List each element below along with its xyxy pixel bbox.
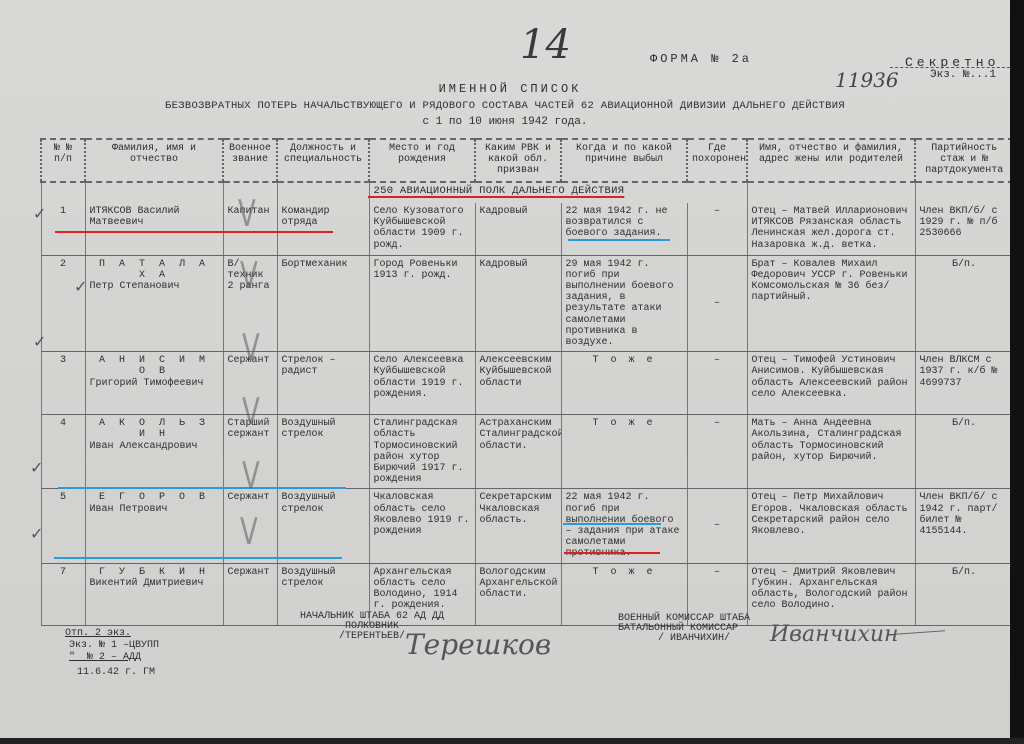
scan-border-right — [1010, 0, 1024, 744]
document-period: с 1 по 10 июня 1942 года. — [0, 116, 1010, 128]
row-conscripted: Кадровый — [475, 255, 561, 352]
col-rank: Военное звание — [223, 139, 277, 182]
copy-label-text: Экз. №... — [930, 69, 989, 81]
row-num: 3 — [41, 352, 85, 415]
row1-red-underline — [55, 231, 333, 233]
row-conscripted: Вологодским Архангельской области. — [475, 563, 561, 625]
row-surname: ИТЯКСОВ — [90, 206, 132, 217]
row-party: Член ВЛКСМ с 1937 г. к/б № 4699737 — [915, 352, 1013, 415]
row-buried: – — [687, 255, 747, 352]
row5-blue-underline — [58, 487, 346, 489]
col-num: № № п/п — [41, 139, 85, 182]
check-mark-icon: ✓ — [30, 458, 43, 477]
col-conscripted: Каким РВК и какой обл. призван — [475, 139, 561, 182]
v-mark-icon: V — [242, 456, 260, 498]
row7-reason-red-underline — [564, 552, 660, 554]
row-rank: Сержант — [223, 563, 277, 625]
copy2-destination: " № 2 – АДД — [65, 652, 159, 664]
typed-date: 11.6.42 г. ГМ — [65, 667, 159, 679]
table-row: 3 А Н И С И М О ВГригорий Тимофеевич Сер… — [41, 352, 1013, 415]
row-conscripted: Кадровый — [475, 203, 561, 255]
row1-reason-blue-underline — [568, 239, 670, 241]
row-reason: Т о ж е — [561, 415, 687, 489]
page-number: 14 — [520, 22, 571, 68]
row-buried: – — [687, 489, 747, 563]
v-mark-icon: V — [240, 256, 258, 298]
copy1-destination: Экз. № 1 –ЦВУПП — [65, 640, 159, 652]
row-relatives: Отец – Матвей Илларионович ИТЯКСОВ Рязан… — [747, 203, 915, 255]
row-fullname: А К О Л Ь З И НИван Александрович — [85, 415, 223, 489]
row-fullname: П А Т А Л А Х АПетр Степанович — [85, 255, 223, 352]
row-surname: А Н И С И М О В — [90, 355, 219, 377]
row-position: Воздушный стрелок — [277, 415, 369, 489]
v-mark-icon: V — [240, 512, 258, 554]
form-label: ФОРМА № 2а — [650, 52, 752, 66]
row-name: Иван Петрович — [90, 504, 168, 515]
row-surname: П А Т А Л А Х А — [90, 259, 219, 281]
table-row: 2 П А Т А Л А Х АПетр Степанович В/техни… — [41, 255, 1013, 352]
row-name: Григорий Тимофеевич — [90, 378, 204, 389]
row-conscripted: Астраханским Сталинградской области. — [475, 415, 561, 489]
row-position: Воздушный стрелок — [277, 489, 369, 563]
row-birth: Чкаловская область село Яковлево 1919 г.… — [369, 489, 475, 563]
row-party: Член ВКП/б/ с 1929 г. № п/б 2530666 — [915, 203, 1013, 255]
copy-label: Экз. №...1 — [930, 69, 996, 81]
commissar-handwritten-signature: Иванчихин — [770, 622, 899, 647]
document-subtitle: БЕЗВОЗВРАТНЫХ ПОТЕРЬ НАЧАЛЬСТВУЮЩЕГО И Р… — [0, 100, 1010, 112]
row5-reason-blue-underline — [563, 523, 661, 525]
row-party: Б/п. — [915, 563, 1013, 625]
scan-border-bottom — [0, 738, 1024, 744]
row-name: Иван Александрович — [90, 441, 198, 452]
check-mark-icon: ✓ — [30, 524, 43, 543]
row-party: Б/п. — [915, 255, 1013, 352]
row-birth: Село Кузоватого Куйбышевской области 190… — [369, 203, 475, 255]
row-birth: Сталинградская область Тормосиновский ра… — [369, 415, 475, 489]
row-fullname: А Н И С И М О ВГригорий Тимофеевич — [85, 352, 223, 415]
row-reason: 29 мая 1942 г. погиб при выполнении боев… — [561, 255, 687, 352]
row-fullname: Е Г О Р О ВИван Петрович — [85, 489, 223, 563]
row-birth: Город Ровеньки 1913 г. рожд. — [369, 255, 475, 352]
check-mark-icon: ✓ — [33, 332, 46, 351]
row-position: Бортмеханик — [277, 255, 369, 352]
col-name: Фамилия, имя и отчество — [85, 139, 223, 182]
row-conscripted: Секретарским Чкаловская область. — [475, 489, 561, 563]
row-num: 7 — [41, 563, 85, 625]
row-num: 5 — [41, 489, 85, 563]
row-relatives: Отец – Дмитрий Яковлевич Губкин. Арханге… — [747, 563, 915, 625]
table-row: 7 Г У Б К И НВикентий Дмитриевич Сержант… — [41, 563, 1013, 625]
row-buried: – — [687, 415, 747, 489]
row-conscripted: Алексеевским Куйбышевской области — [475, 352, 561, 415]
copy-number: 1 — [989, 69, 996, 81]
check-mark-icon: ✓ — [33, 204, 46, 223]
col-reason: Когда и по какой причине выбыл — [561, 139, 687, 182]
document-title: ИМЕННОЙ СПИСОК — [0, 82, 1010, 96]
row-fullname: ИТЯКСОВ Василий Матвеевич — [85, 203, 223, 255]
document-page: 14 ФОРМА № 2а 11936 Секретно Экз. №...1 … — [0, 0, 1012, 738]
check-mark-icon: ✓ — [74, 277, 87, 296]
row-party: Б/п. — [915, 415, 1013, 489]
loss-table: № № п/п Фамилия, имя и отчество Военное … — [40, 138, 1014, 626]
commissar-signature-block: ВОЕННЫЙ КОМИССАР ШТАБАБАТАЛЬОННЫЙ КОМИСС… — [618, 614, 750, 644]
signature-stroke — [895, 630, 945, 634]
row-party: Член ВКП/б/ с 1942 г. парт/билет № 41551… — [915, 489, 1013, 563]
table-row: 1 ИТЯКСОВ Василий Матвеевич Капитан Кома… — [41, 203, 1013, 255]
row-relatives: Отец – Тимофей Устинович Анисимов. Куйбы… — [747, 352, 915, 415]
commissar-name: / ИВАНЧИХИН/ — [618, 634, 750, 644]
unit-red-underline — [368, 196, 602, 198]
chief-handwritten-signature: Терешков — [405, 628, 551, 661]
row-num: 4 — [41, 415, 85, 489]
row-num: 1 — [41, 203, 85, 255]
row-position: Стрелок – радист — [277, 352, 369, 415]
row-fullname: Г У Б К И НВикентий Дмитриевич — [85, 563, 223, 625]
row7-blue-underline — [54, 557, 342, 559]
row-relatives: Мать – Анна Андеевна Акользина, Сталингр… — [747, 415, 915, 489]
col-party: Партийность стаж и № партдокумента — [915, 139, 1013, 182]
printed-copies: Отп. 2 экз. — [65, 628, 159, 640]
v-mark-icon: V — [238, 194, 256, 236]
row-relatives: Отец – Петр Михайлович Егоров. Чкаловска… — [747, 489, 915, 563]
col-position: Должность и специальность — [277, 139, 369, 182]
table-row: 4 А К О Л Ь З И НИван Александрович Стар… — [41, 415, 1013, 489]
col-birth: Место и год рождения — [369, 139, 475, 182]
v-mark-icon: V — [242, 328, 260, 370]
row-surname: Г У Б К И Н — [90, 567, 219, 578]
row-relatives: Брат – Ковалев Михаил Федорович УССР г. … — [747, 255, 915, 352]
table-row: 5 Е Г О Р О ВИван Петрович Сержант Возду… — [41, 489, 1013, 563]
distribution-notes: Отп. 2 экз.Экз. № 1 –ЦВУПП" № 2 – АДД11.… — [65, 628, 159, 679]
row-buried: – — [687, 203, 747, 255]
table-header-row: № № п/п Фамилия, имя и отчество Военное … — [41, 139, 1013, 182]
row-birth: Село Алексеевка Куйбышевской области 191… — [369, 352, 475, 415]
unit-row: 250 АВИАЦИОННЫЙ ПОЛК ДАЛЬНЕГО ДЕЙСТВИЯ — [41, 182, 1013, 203]
col-buried: Где похоронен — [687, 139, 747, 182]
row-reason: 22 мая 1942 г. не возвратился с боевого … — [561, 203, 687, 255]
row-surname: Е Г О Р О В — [90, 492, 219, 503]
row-num: 2 — [41, 255, 85, 352]
row-position: Командир отряда — [277, 203, 369, 255]
v-mark-icon: V — [242, 392, 260, 434]
row-buried: – — [687, 352, 747, 415]
secrecy-underline — [890, 67, 1010, 68]
row-name: Викентий Дмитриевич — [90, 578, 204, 589]
row-surname: А К О Л Ь З И Н — [90, 418, 219, 440]
col-relatives: Имя, отчество и фамилия, адрес жены или … — [747, 139, 915, 182]
row-reason: Т о ж е — [561, 352, 687, 415]
row-name: Петр Степанович — [90, 281, 180, 292]
